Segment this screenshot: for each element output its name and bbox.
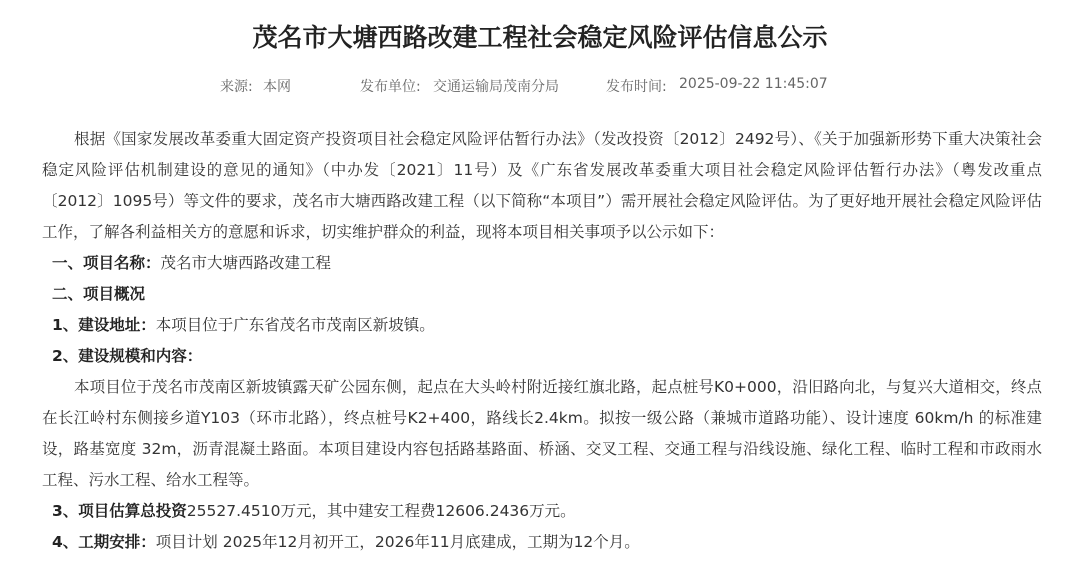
section-overview: 二、项目概况	[42, 279, 1042, 310]
address-value: 本项目位于广东省茂名市茂南区新坡镇。	[156, 316, 435, 334]
address-label: 1、建设地址：	[52, 316, 156, 334]
project-name-label: 一、项目名称：	[52, 254, 161, 272]
article-body: 根据《国家发展改革委重大固定资产投资项目社会稳定风险评估暂行办法》（发改投资〔2…	[42, 124, 1042, 558]
project-name-value: 茂名市大塘西路改建工程	[161, 254, 332, 272]
schedule-label: 4、工期安排：	[52, 533, 156, 551]
meta-time-label: 发布时间:	[606, 76, 667, 96]
overview-heading: 二、项目概况	[52, 285, 145, 303]
section-address: 1、建设地址：本项目位于广东省茂名市茂南区新坡镇。	[42, 310, 1042, 341]
article-page: 茂名市大塘西路改建工程社会稳定风险评估信息公示 来源: 本网 发布单位: 交通运…	[0, 0, 1080, 572]
section-project-name: 一、项目名称：茂名市大塘西路改建工程	[42, 248, 1042, 279]
section-schedule: 4、工期安排：项目计划 2025年12月初开工，2026年11月底建成，工期为1…	[42, 527, 1042, 558]
meta-publisher-label: 发布单位:	[360, 76, 421, 96]
schedule-value: 项目计划 2025年12月初开工，2026年11月底建成，工期为12个月。	[156, 533, 640, 551]
section-scale: 2、建设规模和内容：	[42, 341, 1042, 372]
meta-source-label: 来源:	[220, 76, 253, 96]
meta-source-value: 本网	[263, 76, 291, 96]
section-investment: 3、项目估算总投资25527.4510万元，其中建安工程费12606.2436万…	[42, 496, 1042, 527]
meta-time-value: 2025-09-22 11:45:07	[679, 76, 828, 92]
investment-label: 3、项目估算总投资	[52, 502, 187, 520]
article-title: 茂名市大塘西路改建工程社会稳定风险评估信息公示	[0, 18, 1080, 54]
meta-publisher-value: 交通运输局茂南分局	[433, 76, 559, 96]
investment-value: 25527.4510万元，其中建安工程费12606.2436万元。	[187, 502, 576, 520]
scale-label: 2、建设规模和内容：	[52, 347, 202, 365]
intro-paragraph: 根据《国家发展改革委重大固定资产投资项目社会稳定风险评估暂行办法》（发改投资〔2…	[42, 124, 1042, 248]
scale-paragraph: 本项目位于茂名市茂南区新坡镇露天矿公园东侧，起点在大头岭村附近接红旗北路，起点桩…	[42, 372, 1042, 496]
